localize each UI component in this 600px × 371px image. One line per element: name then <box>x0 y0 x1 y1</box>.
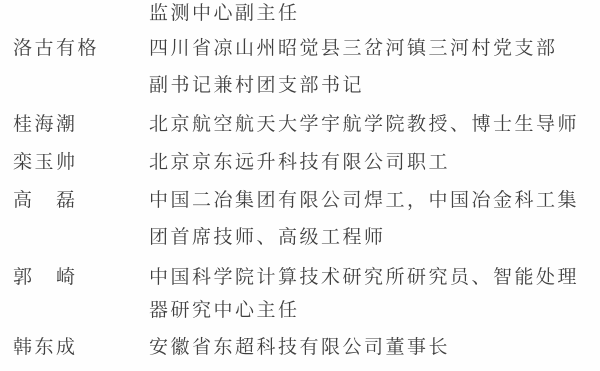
awardee-title-line: 四川省凉山州昭觉县三岔河镇三河村党支部 <box>149 38 558 60</box>
awardee-title-line: 副书记兼村团支部书记 <box>149 75 364 97</box>
entry-line-row: 桂海潮北京航空航天大学宇航学院教授、博士生导师 <box>0 114 600 136</box>
awardee-title-line: 监测中心副主任 <box>149 3 300 25</box>
entry-line-row: 副书记兼村团支部书记 <box>0 75 600 97</box>
awardee-name: 郭 崎 <box>13 267 78 289</box>
entry-line-row: 高 磊中国二冶集团有限公司焊工，中国冶金科工集 <box>0 190 600 212</box>
awardee-title-line: 器研究中心主任 <box>149 300 300 322</box>
awardee-name: 洛古有格 <box>13 38 99 60</box>
entry-line-row: 洛古有格四川省凉山州昭觉县三岔河镇三河村党支部 <box>0 38 600 60</box>
awardee-name: 桂海潮 <box>13 114 78 136</box>
entry-line-row: 团首席技师、高级工程师 <box>0 227 600 249</box>
awardee-name: 栾玉帅 <box>13 152 78 174</box>
awardee-title-line: 中国科学院计算技术研究所研究员、智能处理 <box>149 267 579 289</box>
entry-line-row: 监测中心副主任 <box>0 3 600 25</box>
document-page: 监测中心副主任洛古有格四川省凉山州昭觉县三岔河镇三河村党支部副书记兼村团支部书记… <box>0 0 600 371</box>
awardee-title-line: 安徽省东超科技有限公司董事长 <box>149 337 450 359</box>
entry-line-row: 栾玉帅北京京东远升科技有限公司职工 <box>0 152 600 174</box>
entry-line-row: 器研究中心主任 <box>0 300 600 322</box>
awardee-title-line: 北京京东远升科技有限公司职工 <box>149 152 450 174</box>
awardee-name: 高 磊 <box>13 190 78 212</box>
awardee-title-line: 团首席技师、高级工程师 <box>149 227 386 249</box>
awardee-title-line: 北京航空航天大学宇航学院教授、博士生导师 <box>149 114 579 136</box>
entry-line-row: 韩东成安徽省东超科技有限公司董事长 <box>0 337 600 359</box>
awardee-title-line: 中国二冶集团有限公司焊工，中国冶金科工集 <box>149 190 579 212</box>
awardee-name: 韩东成 <box>13 337 78 359</box>
entry-line-row: 郭 崎中国科学院计算技术研究所研究员、智能处理 <box>0 267 600 289</box>
